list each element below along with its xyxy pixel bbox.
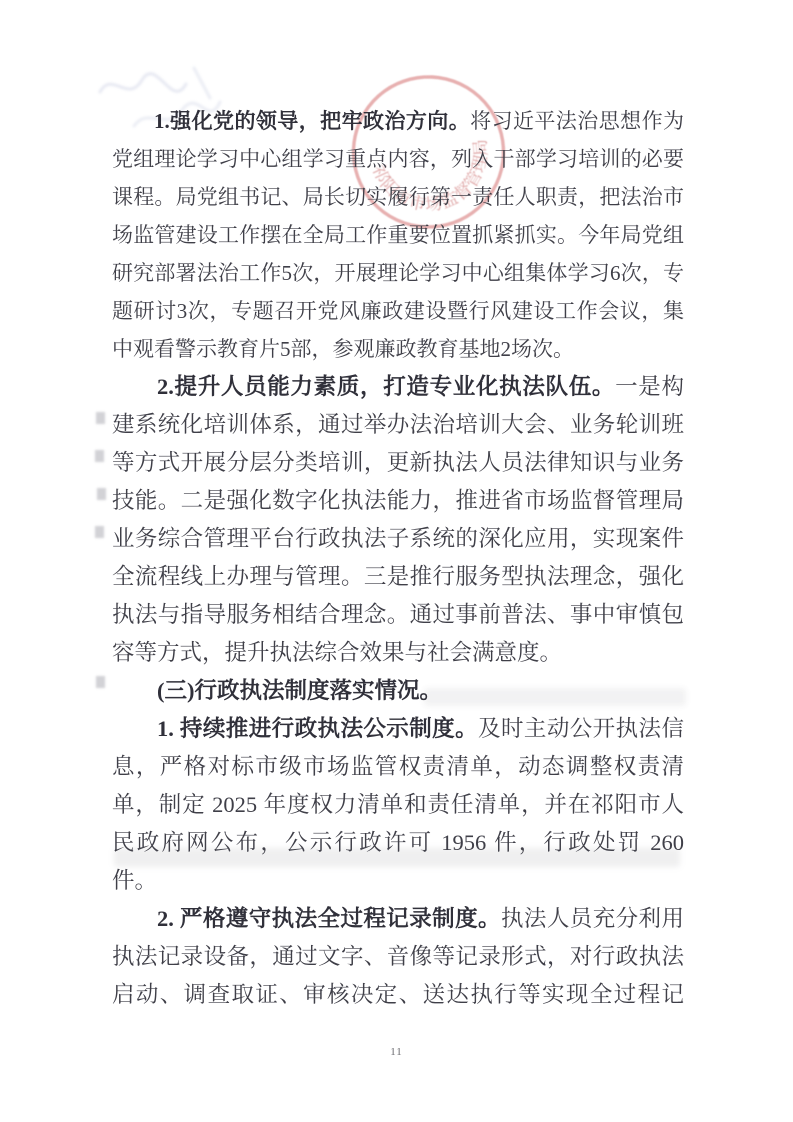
scan-artifact-ink-tick [95, 450, 104, 462]
body-text: 课程。局党组书记、局长切实履行第一责任人职责，把法治市 [112, 185, 684, 209]
scan-artifact-ghost-band [114, 848, 680, 867]
body-text: 件。 [112, 868, 157, 893]
body-text: 党组理论学习中心组学习重点内容，列入干部学习培训的必要 [112, 147, 684, 171]
text-line: 场监管建设工作摆在全局工作重要位置抓紧抓实。今年局党组 [112, 216, 684, 254]
body-text: 一是构 [615, 374, 684, 399]
body-text: 业务综合管理平台行政执法子系统的深化应用，实现案件 [112, 526, 684, 551]
text-line: 1.强化党的领导，把牢政治方向。将习近平法治思想作为 [112, 102, 684, 140]
text-line: 执法与指导服务相结合理念。通过事前普法、事中审慎包 [112, 596, 684, 634]
text-line: 中观看警示教育片5部，参观廉政教育基地2场次。 [112, 330, 684, 368]
text-line: 技能。二是强化数字化执法能力，推进省市场监督管理局 [112, 482, 684, 520]
paragraph: 2. 严格遵守执法全过程记录制度。执法人员充分利用执法记录设备，通过文字、音像等… [112, 900, 684, 1014]
paragraph: 2.提升人员能力素质，打造专业化执法队伍。一是构建系统化培训体系，通过举办法治培… [112, 368, 684, 672]
body-text: 执法与指导服务相结合理念。通过事前普法、事中审慎包 [112, 602, 684, 627]
text-line: 件。 [112, 862, 684, 900]
scanned-document-page: 祁阳市市场监督管理局 1.强化党的领导，把牢政治方向。将习近平法治思想作为党组理… [0, 0, 793, 1122]
body-text: 中观看警示教育片5部，参观廉政教育基地2场次。 [112, 337, 574, 361]
body-text: 息，严格对标市级市场监管权责清单，动态调整权责清 [112, 754, 684, 779]
lead-sentence: 1.强化党的领导，把牢政治方向。 [154, 109, 470, 133]
body-text: 执法人员充分利用 [501, 906, 684, 931]
text-line: 容等方式，提升执法综合效果与社会满意度。 [112, 634, 684, 672]
text-line: 2.提升人员能力素质，打造专业化执法队伍。一是构 [112, 368, 684, 406]
body-text: 容等方式，提升执法综合效果与社会满意度。 [112, 640, 562, 665]
text-line: 单，制定 2025 年度权力清单和责任清单，并在祁阳市人 [112, 786, 684, 824]
body-text: 执法记录设备，通过文字、音像等记录形式，对行政执法 [112, 944, 684, 969]
text-line: 业务综合管理平台行政执法子系统的深化应用，实现案件 [112, 520, 684, 558]
body-text: 将习近平法治思想作为 [470, 109, 684, 133]
text-line: 党组理论学习中心组学习重点内容，列入干部学习培训的必要 [112, 140, 684, 178]
text-line: 全流程线上办理与管理。三是推行服务型执法理念，强化 [112, 558, 684, 596]
text-line: 研究部署法治工作5次，开展理论学习中心组集体学习6次，专 [112, 254, 684, 292]
text-line: 2. 严格遵守执法全过程记录制度。执法人员充分利用 [112, 900, 684, 938]
text-line: 课程。局党组书记、局长切实履行第一责任人职责，把法治市 [112, 178, 684, 216]
text-block: 1.强化党的领导，把牢政治方向。将习近平法治思想作为党组理论学习中心组学习重点内… [112, 102, 684, 1014]
body-text: 启动、调查取证、审核决定、送达执行等实现全过程记 [112, 982, 684, 1007]
body-text: 及时主动公开执法信 [478, 716, 684, 741]
text-line: 建系统化培训体系，通过举办法治培训大会、业务轮训班 [112, 406, 684, 444]
scan-artifact-ink-tick [97, 488, 106, 500]
scan-artifact-ink-tick [96, 676, 105, 688]
text-line: 息，严格对标市级市场监管权责清单，动态调整权责清 [112, 748, 684, 786]
body-text: 等方式开展分层分类培训，更新执法人员法律知识与业务 [112, 450, 684, 475]
body-text: 建系统化培训体系，通过举办法治培训大会、业务轮训班 [112, 412, 684, 437]
scan-artifact-ghost-band [424, 688, 686, 706]
scan-artifact-ink-tick [95, 526, 104, 538]
text-line: 执法记录设备，通过文字、音像等记录形式，对行政执法 [112, 938, 684, 976]
body-text: 研究部署法治工作5次，开展理论学习中心组集体学习6次，专 [112, 261, 684, 285]
body-text: 场监管建设工作摆在全局工作重要位置抓紧抓实。今年局党组 [112, 223, 684, 247]
body-text: 技能。二是强化数字化执法能力，推进省市场监督管理局 [112, 488, 684, 513]
body-text: 题研讨3次，专题召开党风廉政建设暨行风建设工作会议，集 [112, 299, 684, 323]
lead-sentence: 2. 严格遵守执法全过程记录制度。 [157, 906, 501, 931]
text-line: 等方式开展分层分类培训，更新执法人员法律知识与业务 [112, 444, 684, 482]
text-line: 题研讨3次，专题召开党风廉政建设暨行风建设工作会议，集 [112, 292, 684, 330]
page-number: 11 [0, 1046, 793, 1058]
scan-artifact-ink-tick [96, 412, 105, 424]
lead-sentence: (三)行政执法制度落实情况。 [157, 678, 442, 703]
lead-sentence: 1. 持续推进行政执法公示制度。 [157, 716, 478, 741]
paragraph: 1.强化党的领导，把牢政治方向。将习近平法治思想作为党组理论学习中心组学习重点内… [112, 102, 684, 368]
text-line: 1. 持续推进行政执法公示制度。及时主动公开执法信 [112, 710, 684, 748]
body-text: 单，制定 2025 年度权力清单和责任清单，并在祁阳市人 [112, 792, 684, 817]
lead-sentence: 2.提升人员能力素质，打造专业化执法队伍。 [157, 374, 615, 399]
body-text: 全流程线上办理与管理。三是推行服务型执法理念，强化 [112, 564, 684, 589]
paragraph: 1. 持续推进行政执法公示制度。及时主动公开执法信息，严格对标市级市场监管权责清… [112, 710, 684, 900]
text-line: 启动、调查取证、审核决定、送达执行等实现全过程记 [112, 976, 684, 1014]
